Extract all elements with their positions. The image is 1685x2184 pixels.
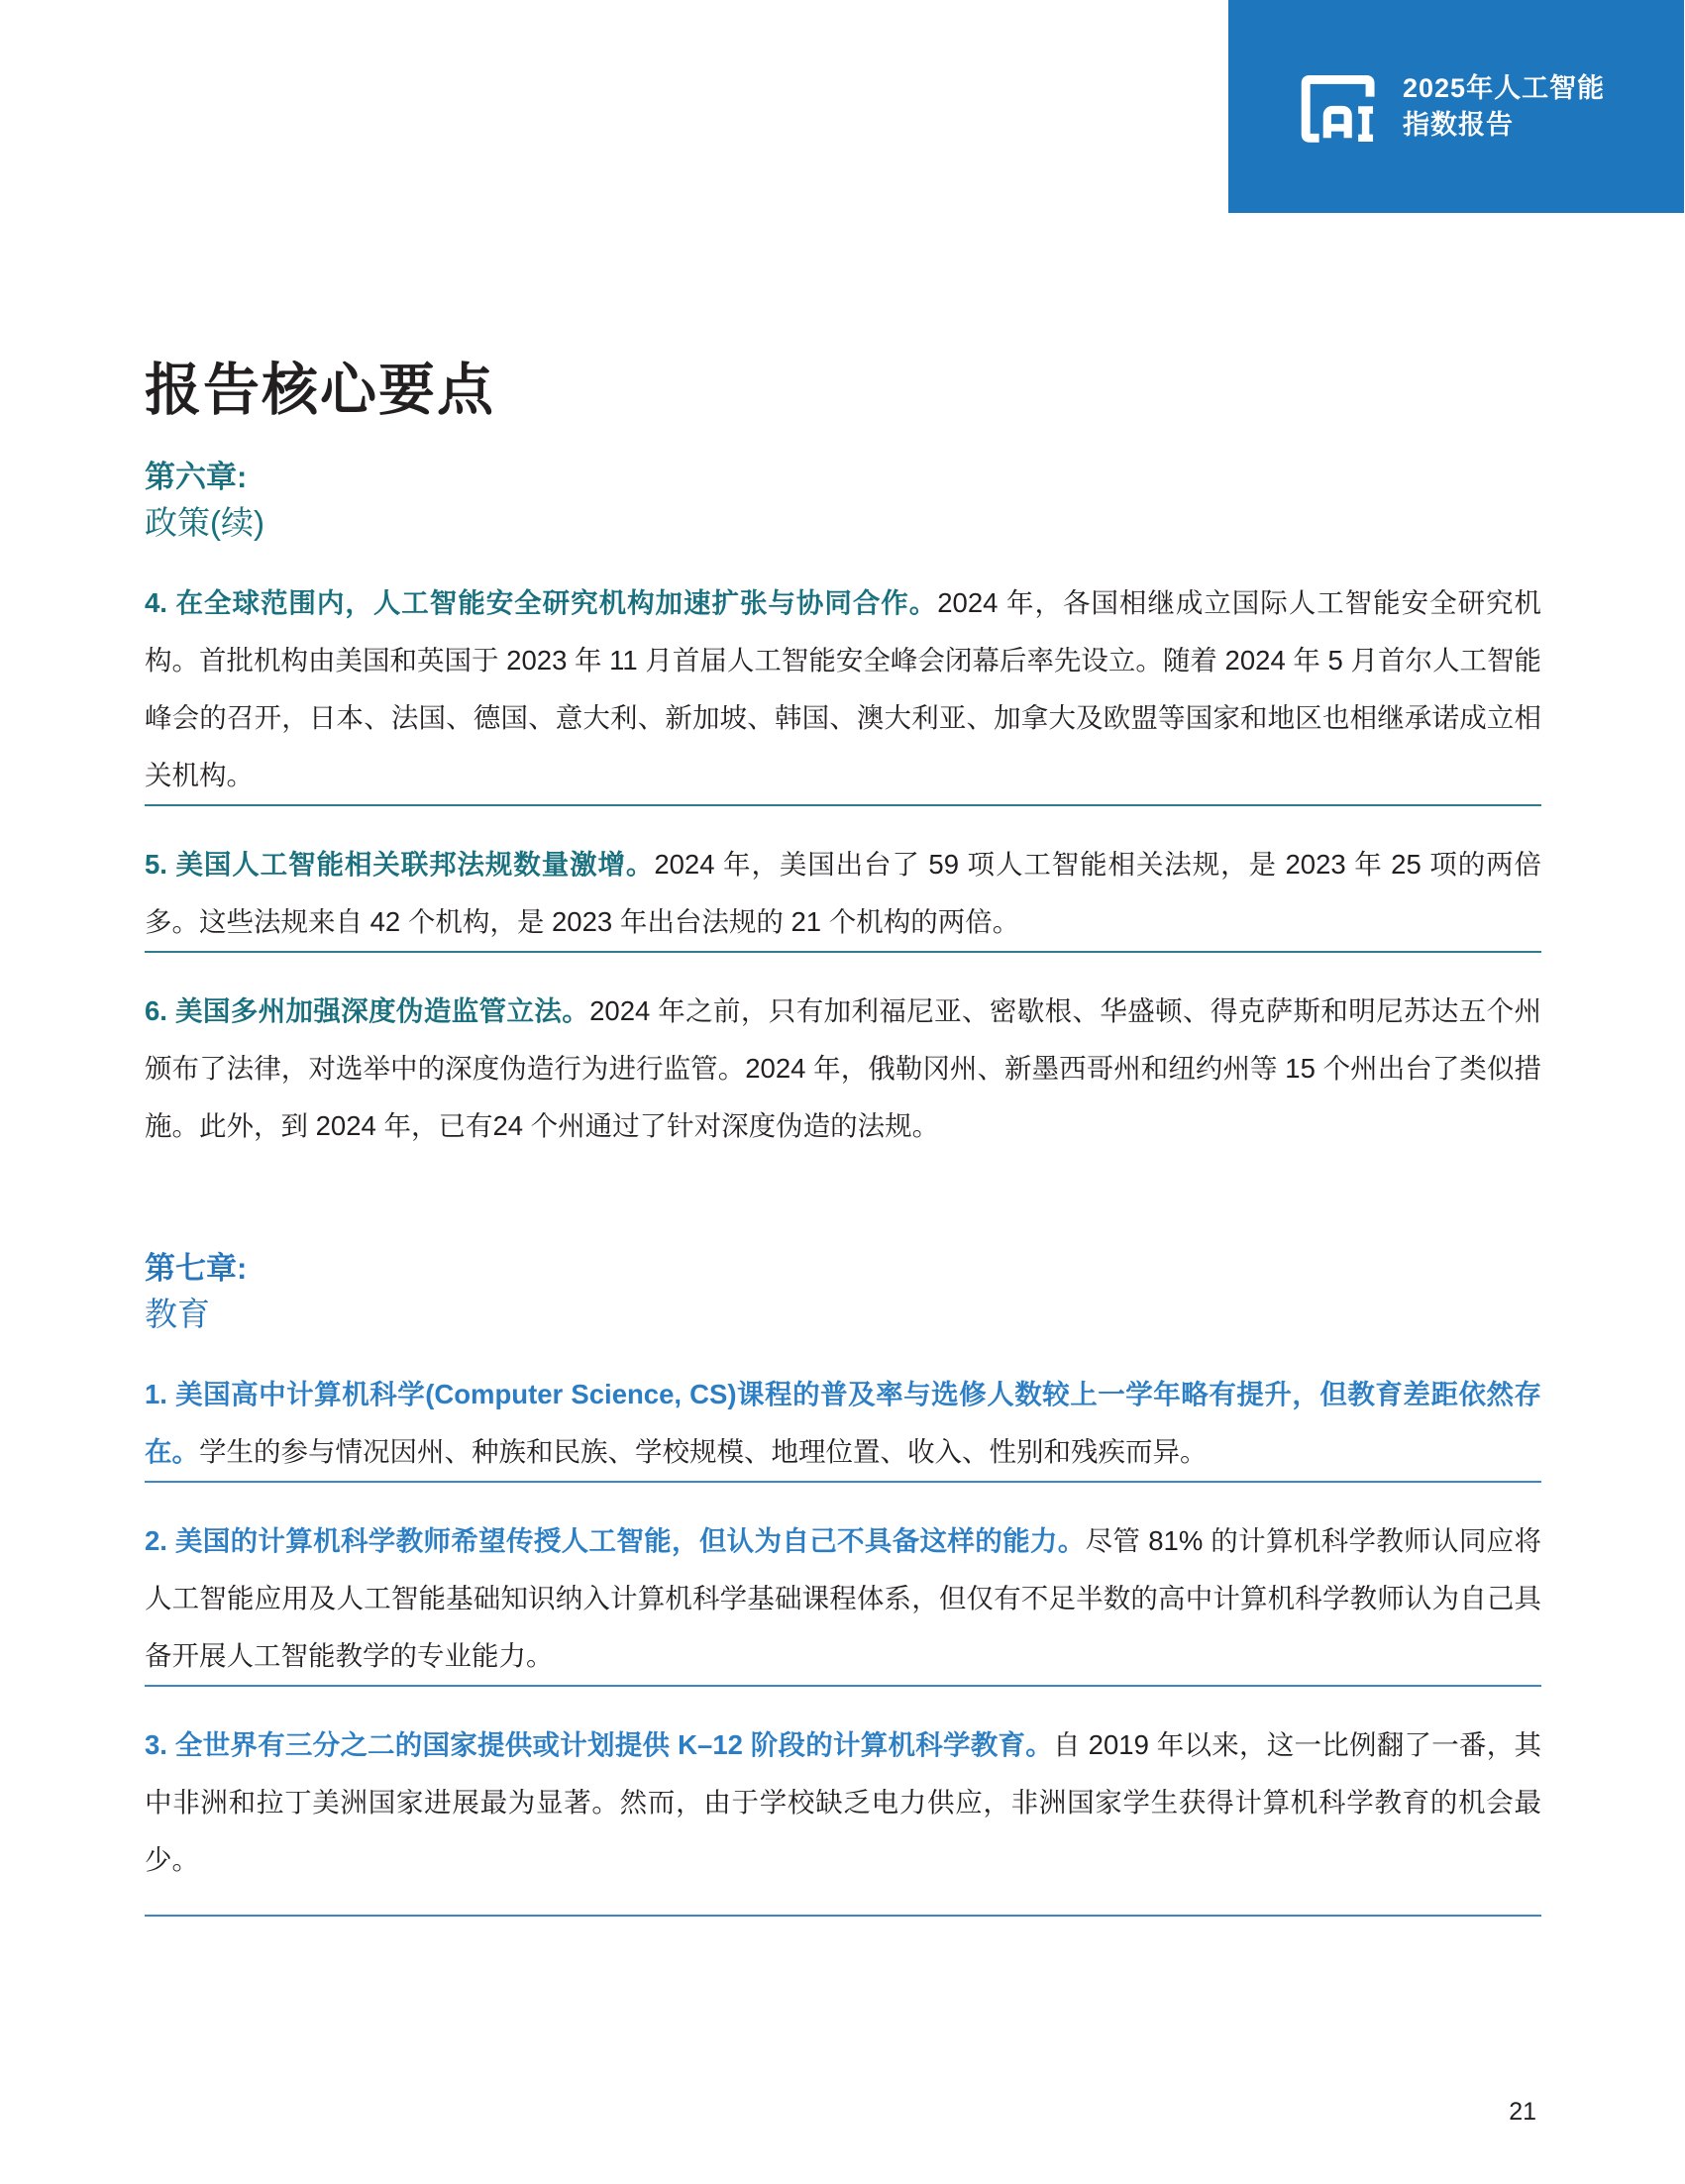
- page-number: 21: [1509, 2098, 1536, 2127]
- chapter6-label: 第六章:: [145, 458, 1541, 497]
- point-6: 6. 美国多州加强深度伪造监管立法。2024 年之前，只有加利福尼亚、密歇根、华…: [145, 983, 1541, 1155]
- point-4-lead: 4. 在全球范围内，人工智能安全研究机构加速扩张与协同合作。: [145, 587, 937, 618]
- point-2: 2. 美国的计算机科学教师希望传授人工智能，但认为自己不具备这样的能力。尽管 8…: [145, 1512, 1541, 1685]
- divider-blue-3: [145, 1915, 1541, 1917]
- point-3-lead: 3. 全世界有三分之二的国家提供或计划提供 K–12 阶段的计算机科学教育。: [145, 1729, 1053, 1760]
- point-3: 3. 全世界有三分之二的国家提供或计划提供 K–12 阶段的计算机科学教育。自 …: [145, 1716, 1541, 1889]
- point-2-lead: 2. 美国的计算机科学教师希望传授人工智能，但认为自己不具备这样的能力。: [145, 1525, 1086, 1556]
- point-5: 5. 美国人工智能相关联邦法规数量激增。2024 年，美国出台了 59 项人工智…: [145, 836, 1541, 951]
- point-4: 4. 在全球范围内，人工智能安全研究机构加速扩张与协同合作。2024 年，各国相…: [145, 574, 1541, 804]
- point-5-lead: 5. 美国人工智能相关联邦法规数量激增。: [145, 849, 654, 880]
- chapter6-name: 政策(续): [145, 501, 1541, 545]
- point-1-body: 学生的参与情况因州、种族和民族、学校规模、地理位置、收入、性别和残疾而异。: [199, 1436, 1208, 1467]
- page-content: 报告核心要点 第六章: 政策(续) 4. 在全球范围内，人工智能安全研究机构加速…: [145, 0, 1541, 1917]
- page-title: 报告核心要点: [145, 0, 1541, 424]
- point-6-lead: 6. 美国多州加强深度伪造监管立法。: [145, 995, 589, 1026]
- divider-teal-1: [145, 804, 1541, 806]
- chapter7-name: 教育: [145, 1293, 1541, 1336]
- divider-blue-1: [145, 1481, 1541, 1483]
- divider-blue-2: [145, 1685, 1541, 1687]
- divider-teal-2: [145, 951, 1541, 953]
- chapter7-label: 第七章:: [145, 1249, 1541, 1289]
- point-1: 1. 美国高中计算机科学(Computer Science, CS)课程的普及率…: [145, 1366, 1541, 1481]
